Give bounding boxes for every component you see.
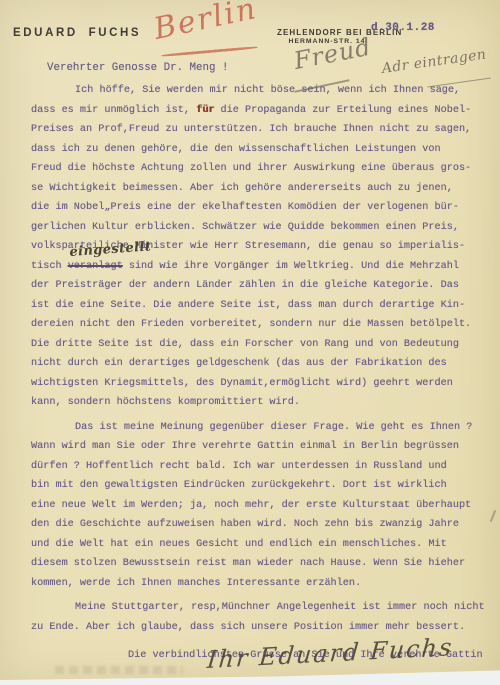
- typed-line: nicht durch ein derartiges geldgeschenk …: [31, 354, 489, 374]
- ink-smudge: [55, 666, 183, 674]
- letter-body: Ich höffe, Sie werden mir nicht böse sei…: [31, 81, 489, 666]
- marked-word: für: [196, 105, 214, 116]
- typed-line: kann, sondern höchstens kompromittiert w…: [31, 393, 489, 413]
- typed-line: se Wichtigkeit beimessen. Aber ich gehör…: [31, 179, 489, 199]
- typed-line: Meine Stuttgarter, resp,Münchner Angeleg…: [31, 598, 489, 618]
- paragraph: Das ist meine Meinung gegenüber dieser F…: [31, 418, 489, 594]
- handwritten-adr-note: Adr eintragen: [381, 46, 488, 77]
- typed-line: und die Welt hat ein neues Gesicht und e…: [31, 535, 489, 555]
- typed-line: kommen, werde ich Ihnen manches Interess…: [31, 574, 489, 594]
- typed-line: Ich höffe, Sie werden mir nicht böse sei…: [31, 81, 489, 101]
- marked-word: veranlagt: [68, 261, 123, 272]
- typed-line: Preises an Prof,Freud zu unterstützen. I…: [31, 120, 489, 140]
- typed-line: der Preisträger der andern Länder zählen…: [31, 276, 489, 296]
- letterhead-sender: EDUARD FUCHS: [13, 27, 141, 39]
- typed-line: ist die eine Seite. Die andere Seite ist…: [31, 296, 489, 316]
- typed-line: dereien nicht den Frieden vorbereitet, s…: [31, 315, 489, 335]
- typed-line: gerlichen Kultur erblicken. Schwätzer wi…: [31, 218, 489, 238]
- typed-line: den die Geschichte aufzuweisen haben wir…: [31, 515, 489, 535]
- letter-scan: EDUARD FUCHS ZEHLENDORF BEI BERLIN HERMA…: [0, 0, 500, 682]
- pencil-tick-mark: [490, 510, 496, 522]
- typed-line: Die dritte Seite ist die, dass ein Forsc…: [31, 335, 489, 355]
- typed-line: dass ich zu denen gehöre, die den wissen…: [31, 140, 489, 160]
- typed-line: wichtigsten Kriegsmittels, des Dynamit,e…: [31, 374, 489, 394]
- red-underline-stroke: [161, 46, 258, 57]
- typed-line: bin mit den gewaltigsten Eindrücken zurü…: [31, 476, 489, 496]
- typed-line: dass es mir unmöglich ist, für die Propa…: [31, 101, 489, 121]
- paragraph: Meine Stuttgarter, resp,Münchner Angeleg…: [31, 598, 489, 637]
- typed-line: diesem stolzen Bewusstsein reist man wie…: [31, 554, 489, 574]
- letterhead-date: d.30.1.28: [371, 22, 435, 34]
- typed-line: die im Nobel„Preis eine der ekelhafteste…: [31, 198, 489, 218]
- typed-line: Freud die höchste Achtung zollen und ihr…: [31, 159, 489, 179]
- salutation: Verehrter Genosse Dr. Meng !: [47, 62, 228, 74]
- typed-line: tisch veranlagt sind wie ihre Vorgänger …: [31, 257, 489, 277]
- handwritten-berlin-note: Berlin: [151, 0, 261, 47]
- typed-line: eine neue Welt im Werden; ja, noch mehr,…: [31, 496, 489, 516]
- typed-line: Wann wird man Sie oder Ihre verehrte Gat…: [31, 437, 489, 457]
- typed-line: dürfen ? Hoffentlich recht bald. Ich war…: [31, 457, 489, 477]
- typed-line: Das ist meine Meinung gegenüber dieser F…: [31, 418, 489, 438]
